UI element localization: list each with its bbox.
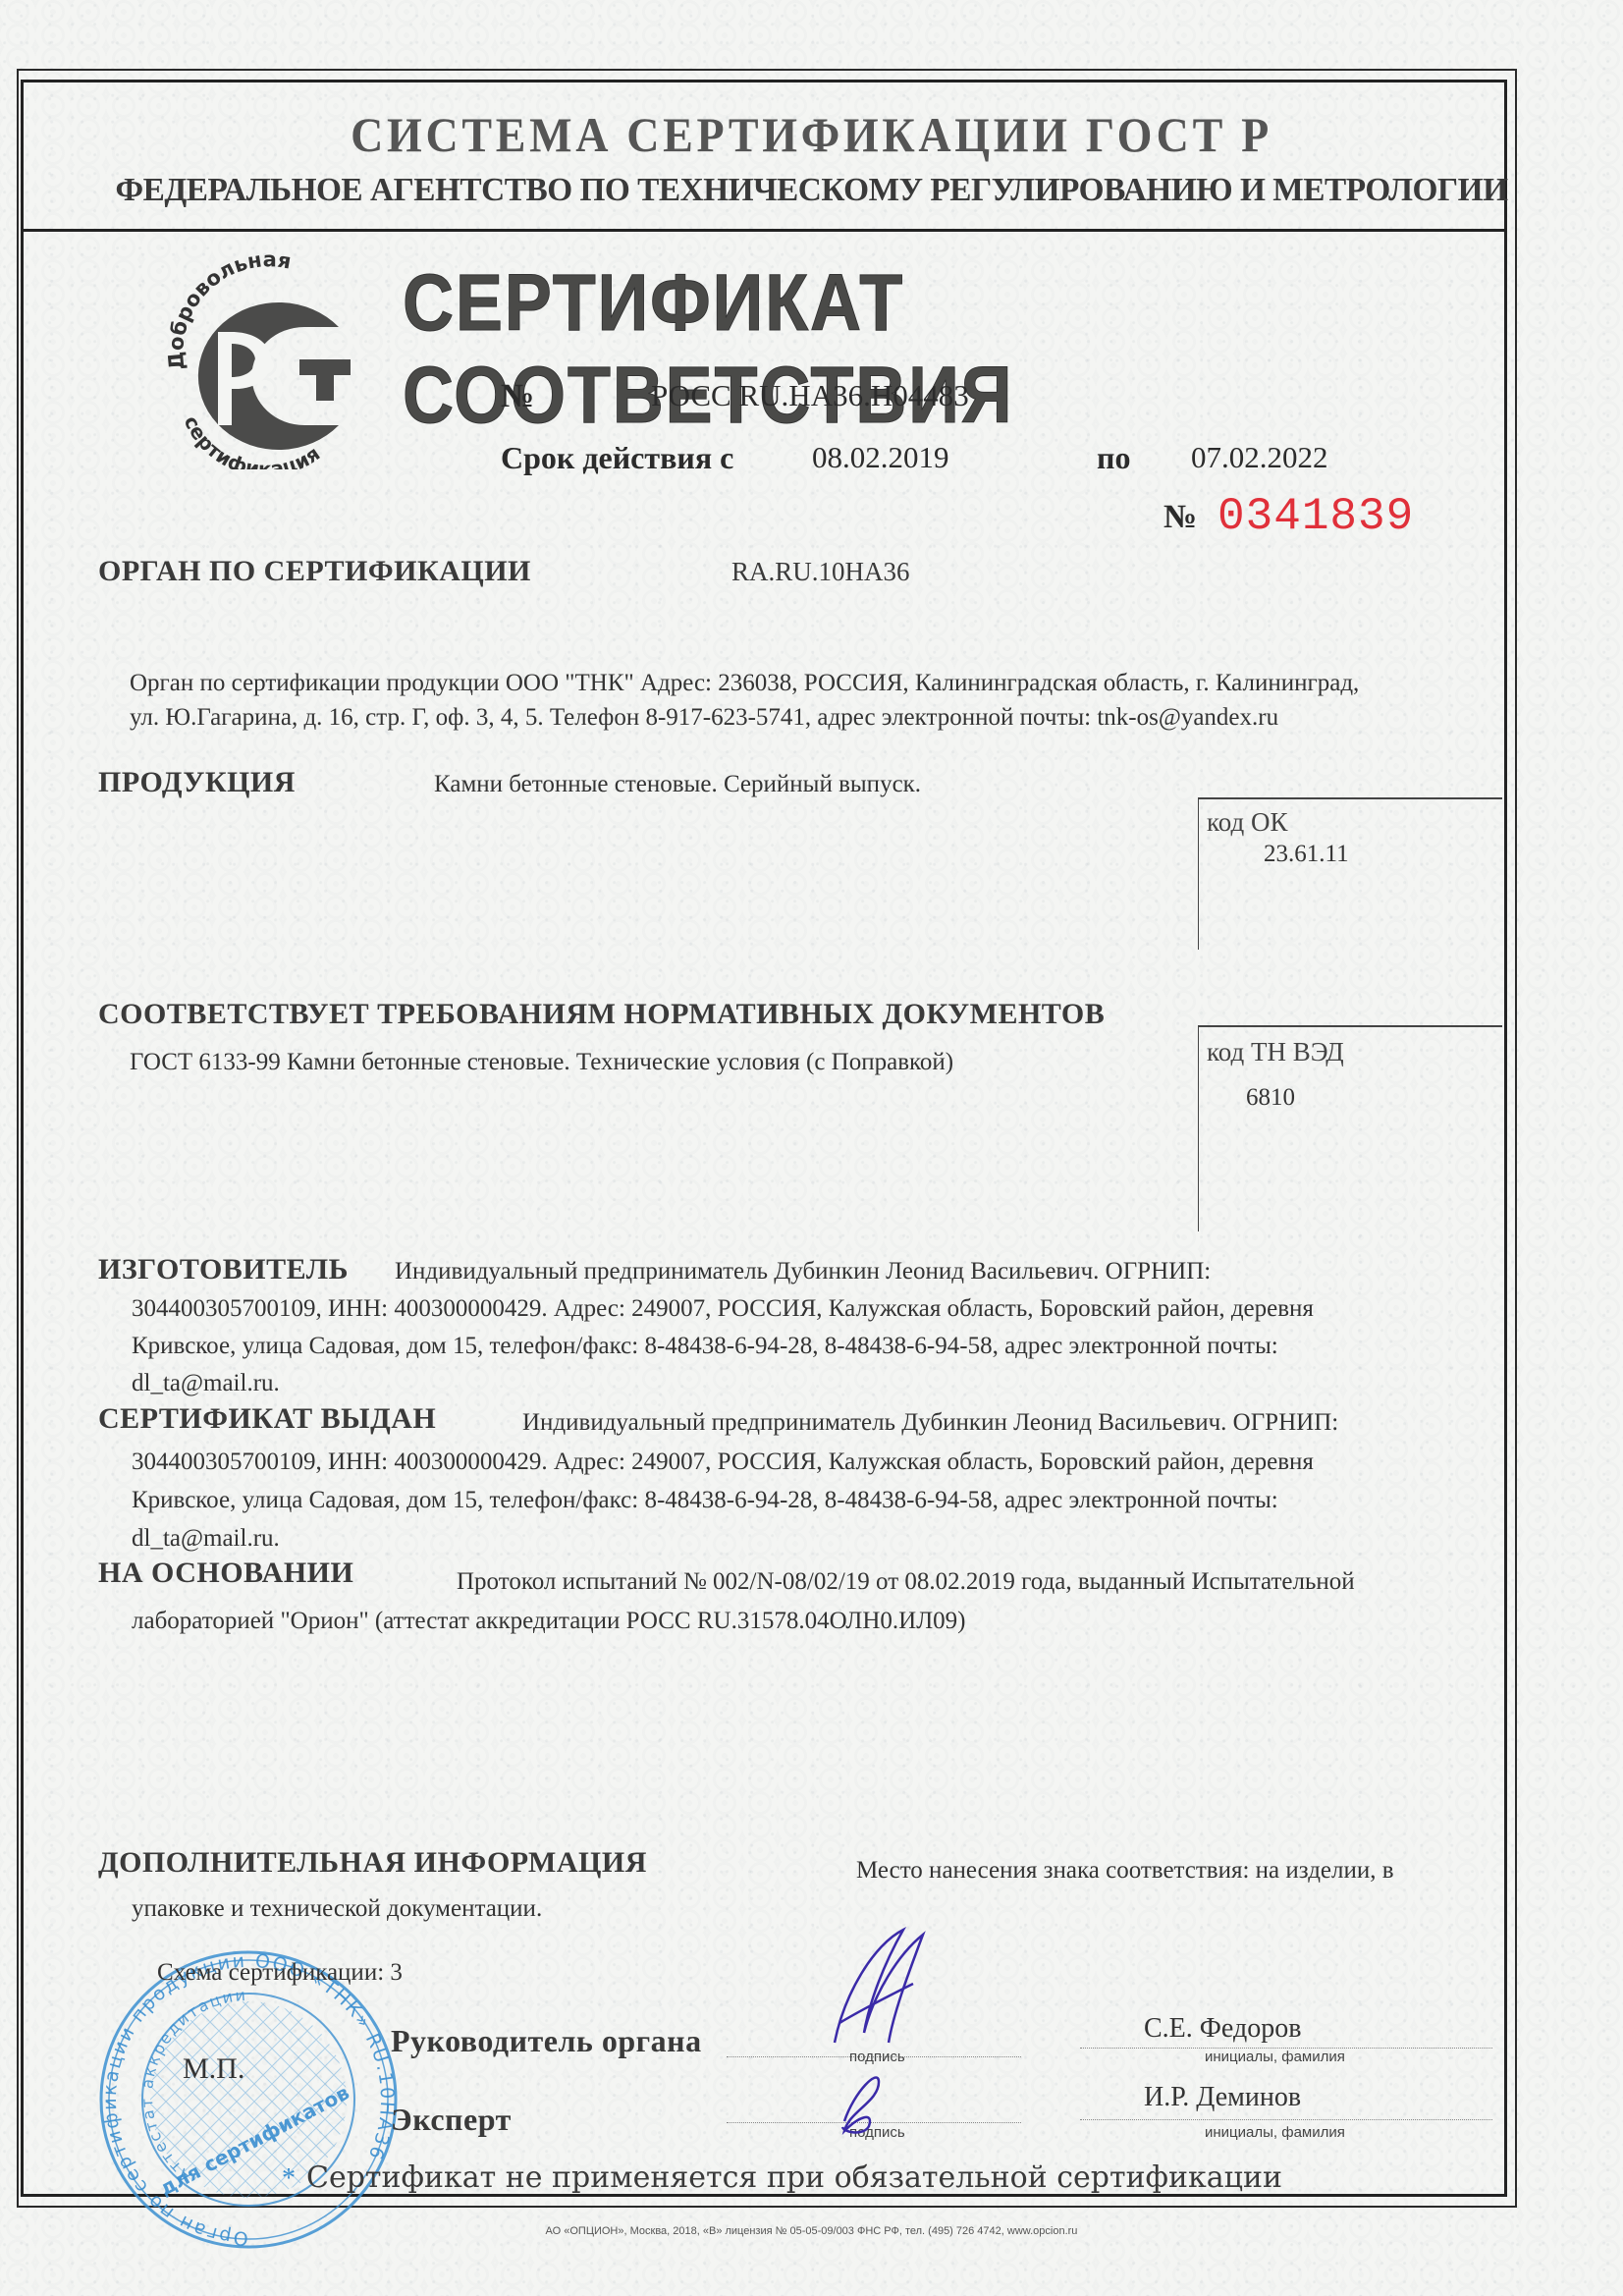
manufacturer-label: ИЗГОТОВИТЕЛЬ: [98, 1253, 349, 1286]
additional-info-line-1: Место нанесения знака соответствия: на и…: [856, 1852, 1394, 1889]
form-serial-number: 0341839: [1217, 491, 1414, 542]
compliance-value: ГОСТ 6133-99 Камни бетонные стеновые. Те…: [130, 1044, 953, 1081]
certification-scheme: Схема сертификации: 3: [157, 1954, 403, 1992]
printer-imprint: АО «ОПЦИОН», Москва, 2018, «В» лицензия …: [0, 2225, 1623, 2237]
expert-role-label: Эксперт: [391, 2102, 512, 2138]
issued-to-label: СЕРТИФИКАТ ВЫДАН: [98, 1402, 436, 1436]
product-value: Камни бетонные стеновые. Серийный выпуск…: [434, 766, 921, 803]
basis-line-1: Протокол испытаний № 002/N-08/02/19 от 0…: [457, 1563, 1355, 1601]
valid-to-date: 07.02.2022: [1191, 440, 1328, 475]
tnved-code-value: 6810: [1246, 1084, 1295, 1112]
manufacturer-line-2: 304400305700109, ИНН: 400300000429. Адре…: [132, 1290, 1314, 1328]
certification-body-label: ОРГАН ПО СЕРТИФИКАЦИИ: [98, 555, 531, 588]
expert-name-line: [1080, 2119, 1492, 2120]
basis-label: НА ОСНОВАНИИ: [98, 1557, 353, 1590]
certificate-number: РОСС RU.НА36.Н04483: [651, 378, 969, 413]
footnote-asterisk: *: [282, 2163, 296, 2195]
manufacturer-line-1: Индивидуальный предприниматель Дубинкин …: [395, 1253, 1211, 1290]
system-title: СИСТЕМА СЕРТИФИКАЦИИ ГОСТ Р: [65, 106, 1558, 163]
expert-signature-line: [727, 2122, 1021, 2123]
stamp-place-label: М.П.: [183, 2052, 244, 2086]
manufacturer-line-4: dl_ta@mail.ru.: [132, 1365, 280, 1402]
head-name: С.Е. Федоров: [1144, 2013, 1301, 2045]
ok-code-label: код ОК: [1207, 807, 1287, 838]
compliance-label: СООТВЕТСТВУЕТ ТРЕБОВАНИЯМ НОРМАТИВНЫХ ДО…: [98, 998, 1105, 1031]
valid-from-date: 08.02.2019: [812, 440, 949, 475]
expert-name: И.Р. Деминов: [1144, 2082, 1301, 2113]
issued-to-line-1: Индивидуальный предприниматель Дубинкин …: [522, 1404, 1338, 1442]
ok-code-box: код ОК 23.61.11: [1198, 797, 1502, 950]
basis-line-2: лабораторией "Орион" (аттестат аккредита…: [132, 1603, 965, 1640]
additional-info-label: ДОПОЛНИТЕЛЬНАЯ ИНФОРМАЦИЯ: [98, 1846, 647, 1880]
tnved-code-label: код ТН ВЭД: [1207, 1037, 1344, 1067]
issued-to-line-3: Кривское, улица Садовая, дом 15, телефон…: [132, 1482, 1278, 1519]
validity-label: Срок действия с: [501, 440, 733, 476]
agency-name: ФЕДЕРАЛЬНОЕ АГЕНТСТВО ПО ТЕХНИЧЕСКОМУ РЕ…: [17, 172, 1607, 209]
certification-body-line-1: Орган по сертификации продукции ООО "ТНК…: [130, 665, 1359, 702]
certificate-number-sign: №: [501, 378, 534, 415]
ok-code-value: 23.61.11: [1264, 841, 1349, 868]
header-divider: [21, 229, 1507, 232]
serial-number-sign: №: [1163, 499, 1197, 536]
head-name-caption: инициалы, фамилия: [1205, 2049, 1345, 2065]
certification-body-code: RA.RU.10НА36: [731, 557, 910, 587]
tnved-code-box: код ТН ВЭД 6810: [1198, 1025, 1502, 1231]
manufacturer-line-3: Кривское, улица Садовая, дом 15, телефон…: [132, 1328, 1278, 1365]
rst-voluntary-certification-logo: Добровольная сертификация: [157, 253, 373, 469]
expert-signature-caption: подпись: [849, 2124, 905, 2141]
voluntary-only-note: Сертификат не применяется при обязательн…: [306, 2160, 1282, 2195]
rst-logo-icon: Добровольная сертификация: [157, 253, 373, 469]
head-role-label: Руководитель органа: [391, 2023, 702, 2059]
additional-info-line-2: упаковке и технической документации.: [132, 1890, 542, 1928]
head-signature-caption: подпись: [849, 2049, 905, 2065]
product-label: ПРОДУКЦИЯ: [98, 766, 296, 799]
certificate-title: СЕРТИФИКАТ СООТВЕТСТВИЯ: [403, 257, 1477, 442]
issued-to-line-2: 304400305700109, ИНН: 400300000429. Адре…: [132, 1444, 1314, 1481]
expert-name-caption: инициалы, фамилия: [1205, 2124, 1345, 2141]
certification-body-line-2: ул. Ю.Гагарина, д. 16, стр. Г, оф. 3, 4,…: [130, 699, 1278, 737]
issued-to-line-4: dl_ta@mail.ru.: [132, 1520, 280, 1558]
valid-to-label: по: [1097, 440, 1130, 476]
